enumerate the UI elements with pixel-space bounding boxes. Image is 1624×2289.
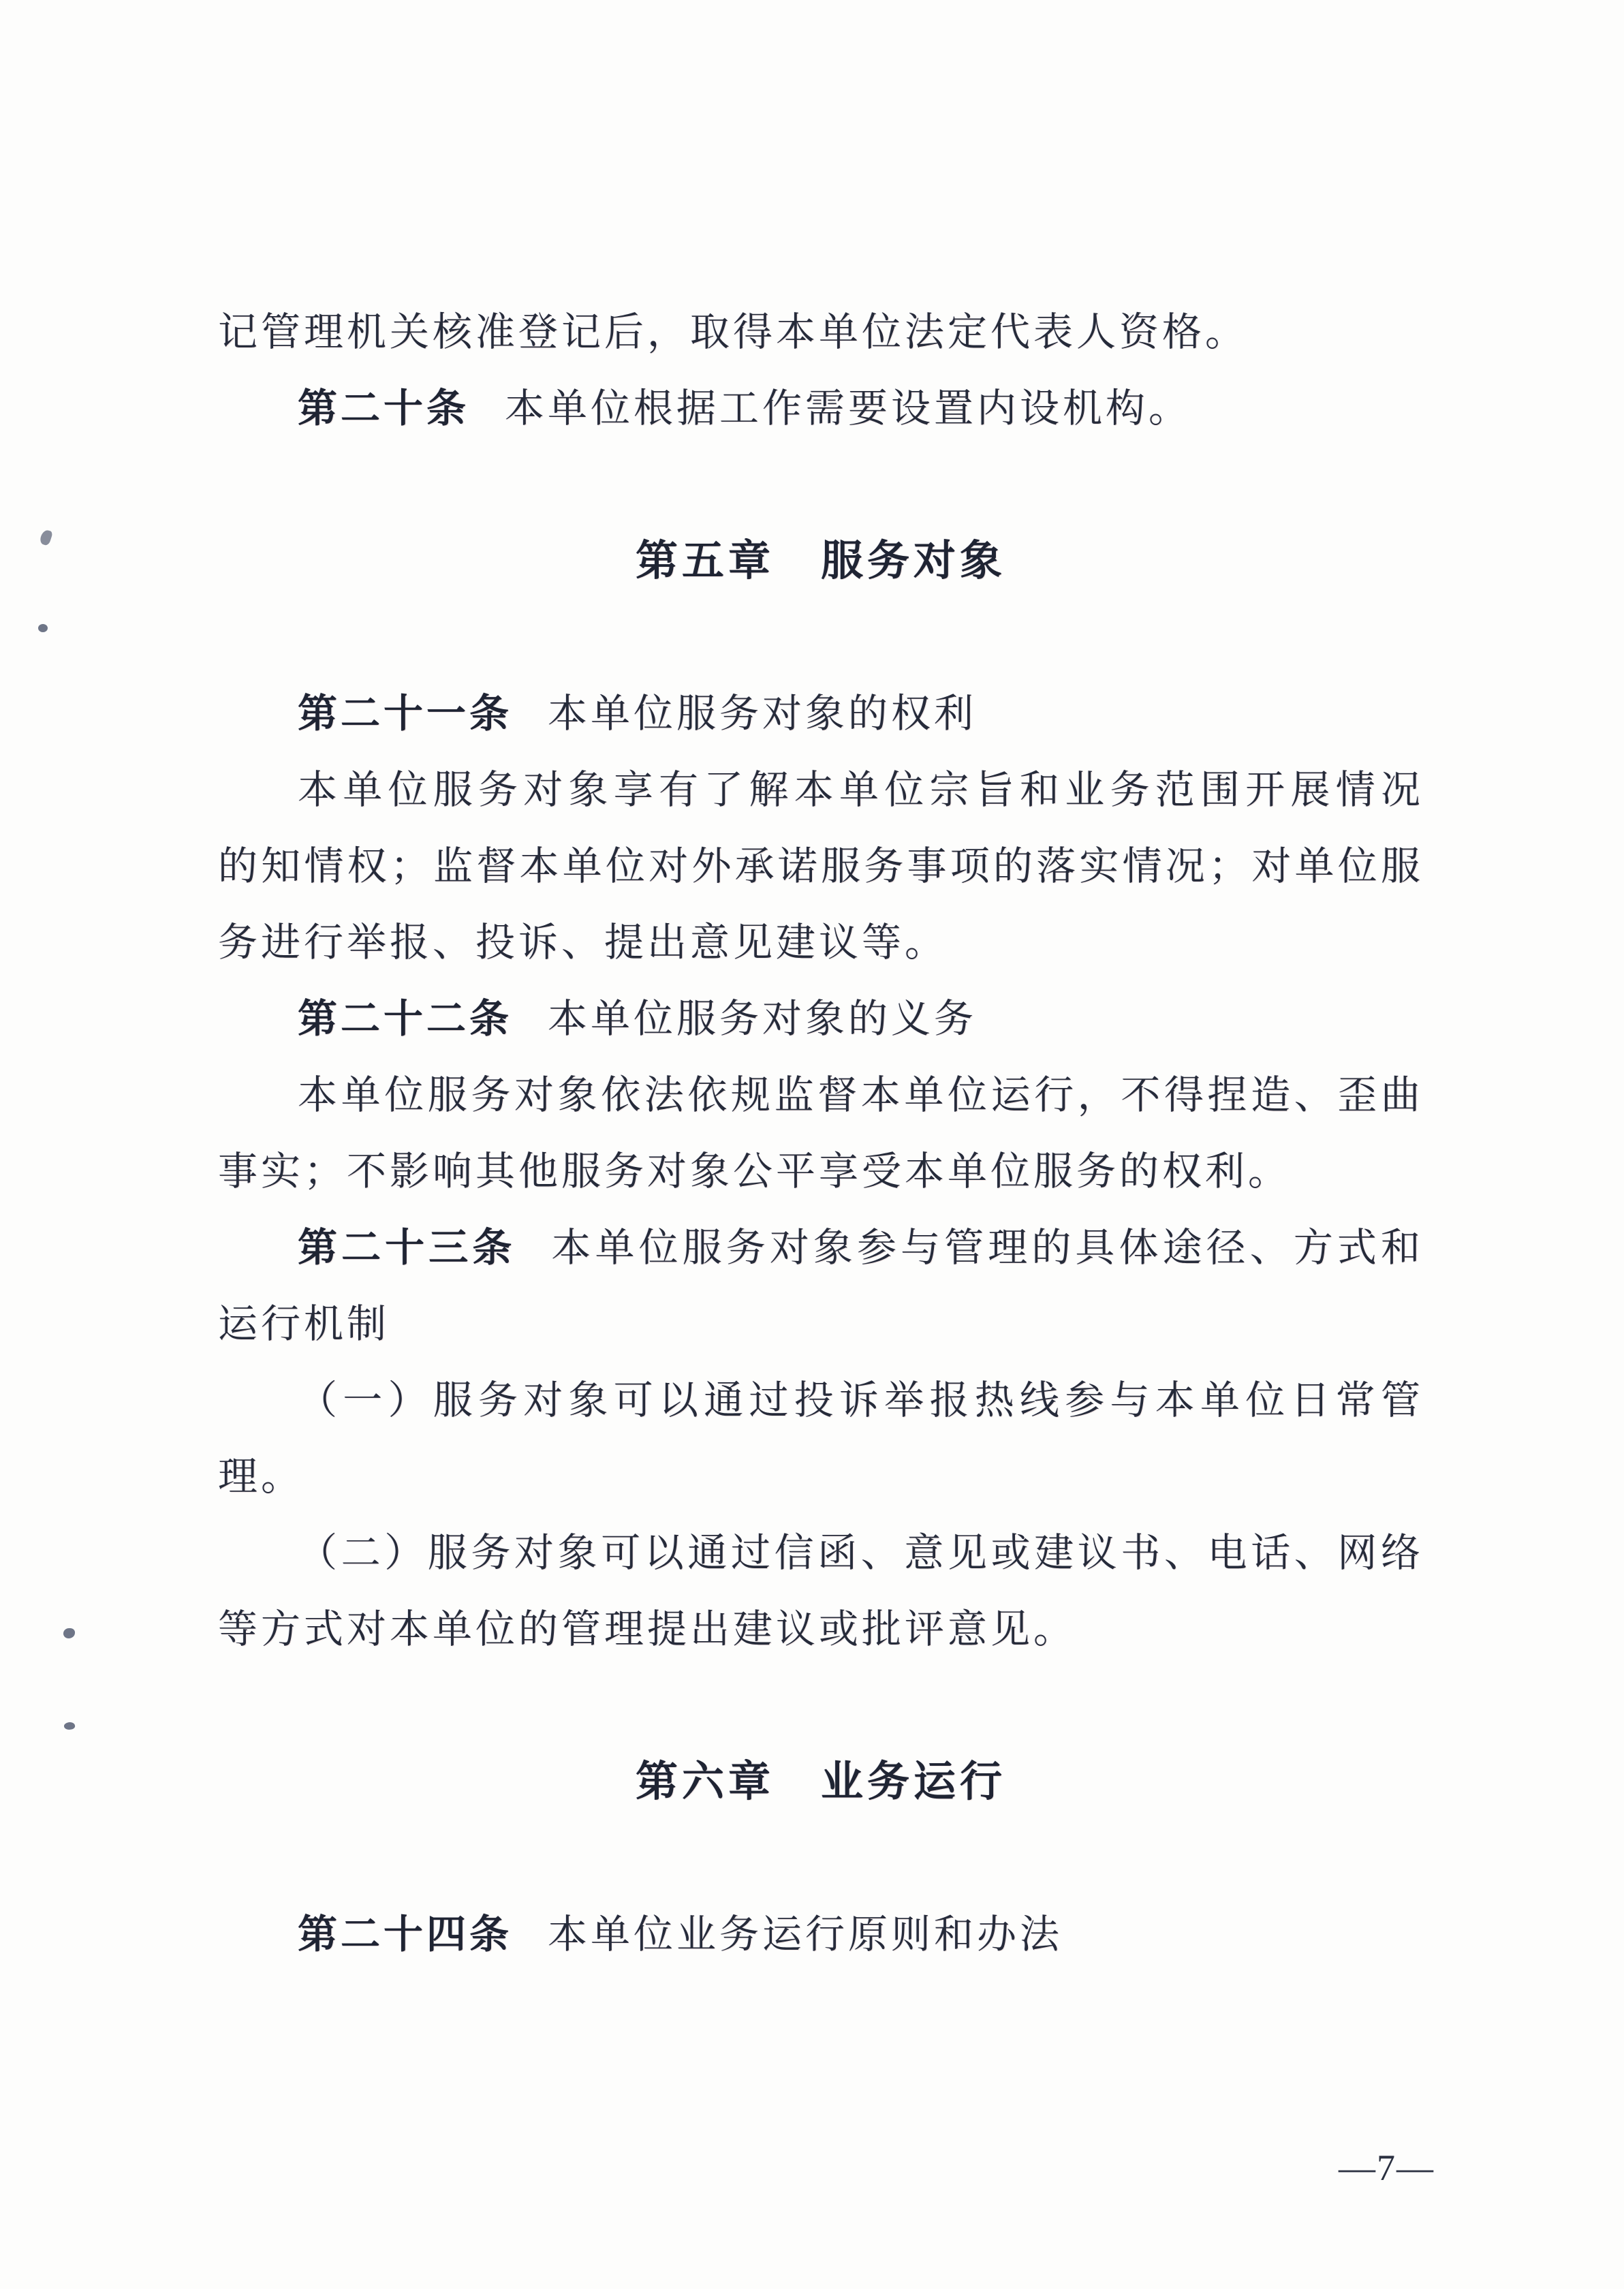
body-text: 的知情权；监督本单位对外承诺服务事项的落实情况；对单位服	[218, 844, 1424, 888]
text-line: 的知情权；监督本单位对外承诺服务事项的落实情况；对单位服	[218, 828, 1424, 905]
body-text: 事实；不影响其他服务对象公平享受本单位服务的权利。	[218, 1149, 1291, 1194]
ink-speck	[39, 529, 53, 546]
article-number: 第二十二条	[298, 997, 512, 1041]
body-text: 本单位服务对象依法依规监督本单位运行，不得捏造、歪曲	[298, 1073, 1424, 1117]
body-text: 本单位服务对象的义务	[548, 997, 977, 1041]
text-line: 运行机制	[218, 1286, 1424, 1362]
body-text: 本单位业务运行原则和办法	[548, 1912, 1063, 1957]
body-text: 本单位根据工作需要设置内设机构。	[505, 386, 1191, 431]
document-page: 记管理机关核准登记后，取得本单位法定代表人资格。第二十条本单位根据工作需要设置内…	[0, 0, 1624, 2289]
text-line: 第二十二条本单位服务对象的义务	[218, 981, 1424, 1057]
text-line: 本单位服务对象依法依规监督本单位运行，不得捏造、歪曲	[218, 1057, 1424, 1134]
chapter-heading: 第六章 业务运行	[218, 1744, 1424, 1820]
body-text: 记管理机关核准登记后，取得本单位法定代表人资格。	[218, 310, 1248, 354]
text-line: 第二十四条本单位业务运行原则和办法	[218, 1897, 1424, 1973]
ink-speck	[63, 1628, 75, 1638]
body-text: 本单位服务对象的权利	[548, 691, 977, 736]
text-line: （二）服务对象可以通过信函、意见或建议书、电话、网络	[218, 1515, 1424, 1591]
article-number: 第二十条	[298, 386, 469, 431]
body-text: 运行机制	[218, 1302, 390, 1346]
body-text: 本单位服务对象参与管理的具体途径、方式和	[551, 1226, 1424, 1270]
article-number: 第二十三条	[298, 1226, 516, 1270]
document-body: 记管理机关核准登记后，取得本单位法定代表人资格。第二十条本单位根据工作需要设置内…	[218, 294, 1424, 1973]
text-line: 本单位服务对象享有了解本单位宗旨和业务范围开展情况	[218, 752, 1424, 828]
ink-speck	[63, 1722, 76, 1731]
body-text: 理。	[218, 1454, 304, 1499]
body-text: （二）服务对象可以通过信函、意见或建议书、电话、网络	[298, 1531, 1424, 1575]
text-line: 第二十一条本单位服务对象的权利	[218, 676, 1424, 752]
text-line: 记管理机关核准登记后，取得本单位法定代表人资格。	[218, 294, 1424, 371]
text-line: 等方式对本单位的管理提出建议或批评意见。	[218, 1591, 1424, 1668]
text-line: 务进行举报、投诉、提出意见建议等。	[218, 905, 1424, 981]
text-line: （一）服务对象可以通过投诉举报热线参与本单位日常管	[218, 1362, 1424, 1439]
article-number: 第二十一条	[298, 691, 512, 736]
page-number: —7—	[1339, 2146, 1435, 2190]
ink-speck	[38, 624, 48, 632]
body-text: 务进行举报、投诉、提出意见建议等。	[218, 920, 948, 965]
text-line: 第二十三条本单位服务对象参与管理的具体途径、方式和	[218, 1210, 1424, 1286]
body-text: 本单位服务对象享有了解本单位宗旨和业务范围开展情况	[298, 768, 1424, 812]
text-line: 第二十条本单位根据工作需要设置内设机构。	[218, 371, 1424, 447]
chapter-heading: 第五章 服务对象	[218, 523, 1424, 599]
text-line: 理。	[218, 1439, 1424, 1515]
text-line: 事实；不影响其他服务对象公平享受本单位服务的权利。	[218, 1134, 1424, 1210]
body-text: （一）服务对象可以通过投诉举报热线参与本单位日常管	[298, 1378, 1424, 1422]
article-number: 第二十四条	[298, 1912, 512, 1957]
body-text: 等方式对本单位的管理提出建议或批评意见。	[218, 1607, 1076, 1651]
